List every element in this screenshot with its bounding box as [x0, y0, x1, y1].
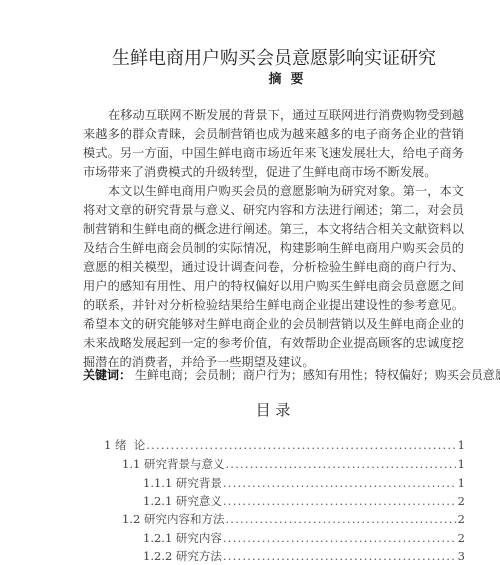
toc-entry[interactable]: 1 绪 论 1 — [104, 436, 465, 454]
toc-leader-dots — [225, 510, 456, 528]
document-title: 生鲜电商用户购买会员意愿影响实证研究 — [0, 47, 500, 71]
document-page: 生鲜电商用户购买会员意愿影响实证研究 摘 要 在移动互联网不断发展的背景下，通过… — [0, 0, 500, 565]
toc-entry-page: 3 — [458, 547, 465, 565]
toc-leader-dots — [223, 474, 457, 492]
toc-entry[interactable]: 1.1 研究背景与意义 1 — [122, 455, 465, 473]
toc-entry[interactable]: 1.2.1 研究内容 2 — [143, 529, 465, 547]
toc-leader-dots — [223, 492, 457, 510]
toc-entry[interactable]: 1.2.1 研究意义 2 — [143, 492, 465, 510]
abstract-paragraph-1: 在移动互联网不断发展的背景下，通过互联网进行消费购物受到越来越多的群众青睐，会员… — [83, 106, 464, 182]
abstract-paragraph-2: 本文以生鲜电商用户购买会员的意愿影响为研究对象。第一，本文将对文章的研究背景与意… — [83, 182, 464, 372]
toc-leader-dots — [223, 529, 457, 547]
toc-entry-page: 2 — [458, 492, 465, 510]
toc-leader-dots — [225, 455, 456, 473]
toc-entry[interactable]: 1.1.1 研究背景 1 — [143, 474, 465, 492]
toc-entry-page: 2 — [458, 510, 465, 528]
toc-leader-dots — [223, 547, 457, 565]
keywords-label: 关键词： — [83, 368, 131, 382]
toc-entry-label: 1.1 研究背景与意义 — [122, 455, 224, 473]
toc-leader-dots — [146, 436, 456, 454]
toc-heading: 目 录 — [0, 400, 500, 420]
keywords-line: 关键词： 生鲜电商；会员制；商户行为；感知有用性；特权偏好；购买会员意愿 — [83, 366, 483, 384]
toc-entry-label: 1.2.1 研究内容 — [143, 529, 222, 547]
toc-entry-label: 1 绪 论 — [104, 436, 145, 454]
toc-entry[interactable]: 1.2 研究内容和方法 2 — [122, 510, 465, 528]
toc-entry-page: 1 — [458, 436, 465, 454]
keywords-value: 生鲜电商；会员制；商户行为；感知有用性；特权偏好；购买会员意愿 — [135, 368, 500, 382]
toc-entry-page: 1 — [458, 455, 465, 473]
toc-entry-page: 1 — [458, 474, 465, 492]
abstract-heading: 摘 要 — [0, 71, 500, 89]
toc-entry-label: 1.2.1 研究意义 — [143, 492, 222, 510]
toc-entry-label: 1.1.1 研究背景 — [143, 474, 222, 492]
toc-entry[interactable]: 1.2.2 研究方法 3 — [143, 547, 465, 565]
toc-entry-label: 1.2.2 研究方法 — [143, 547, 222, 565]
toc-entry-label: 1.2 研究内容和方法 — [122, 510, 224, 528]
toc-entry-page: 2 — [458, 529, 465, 547]
